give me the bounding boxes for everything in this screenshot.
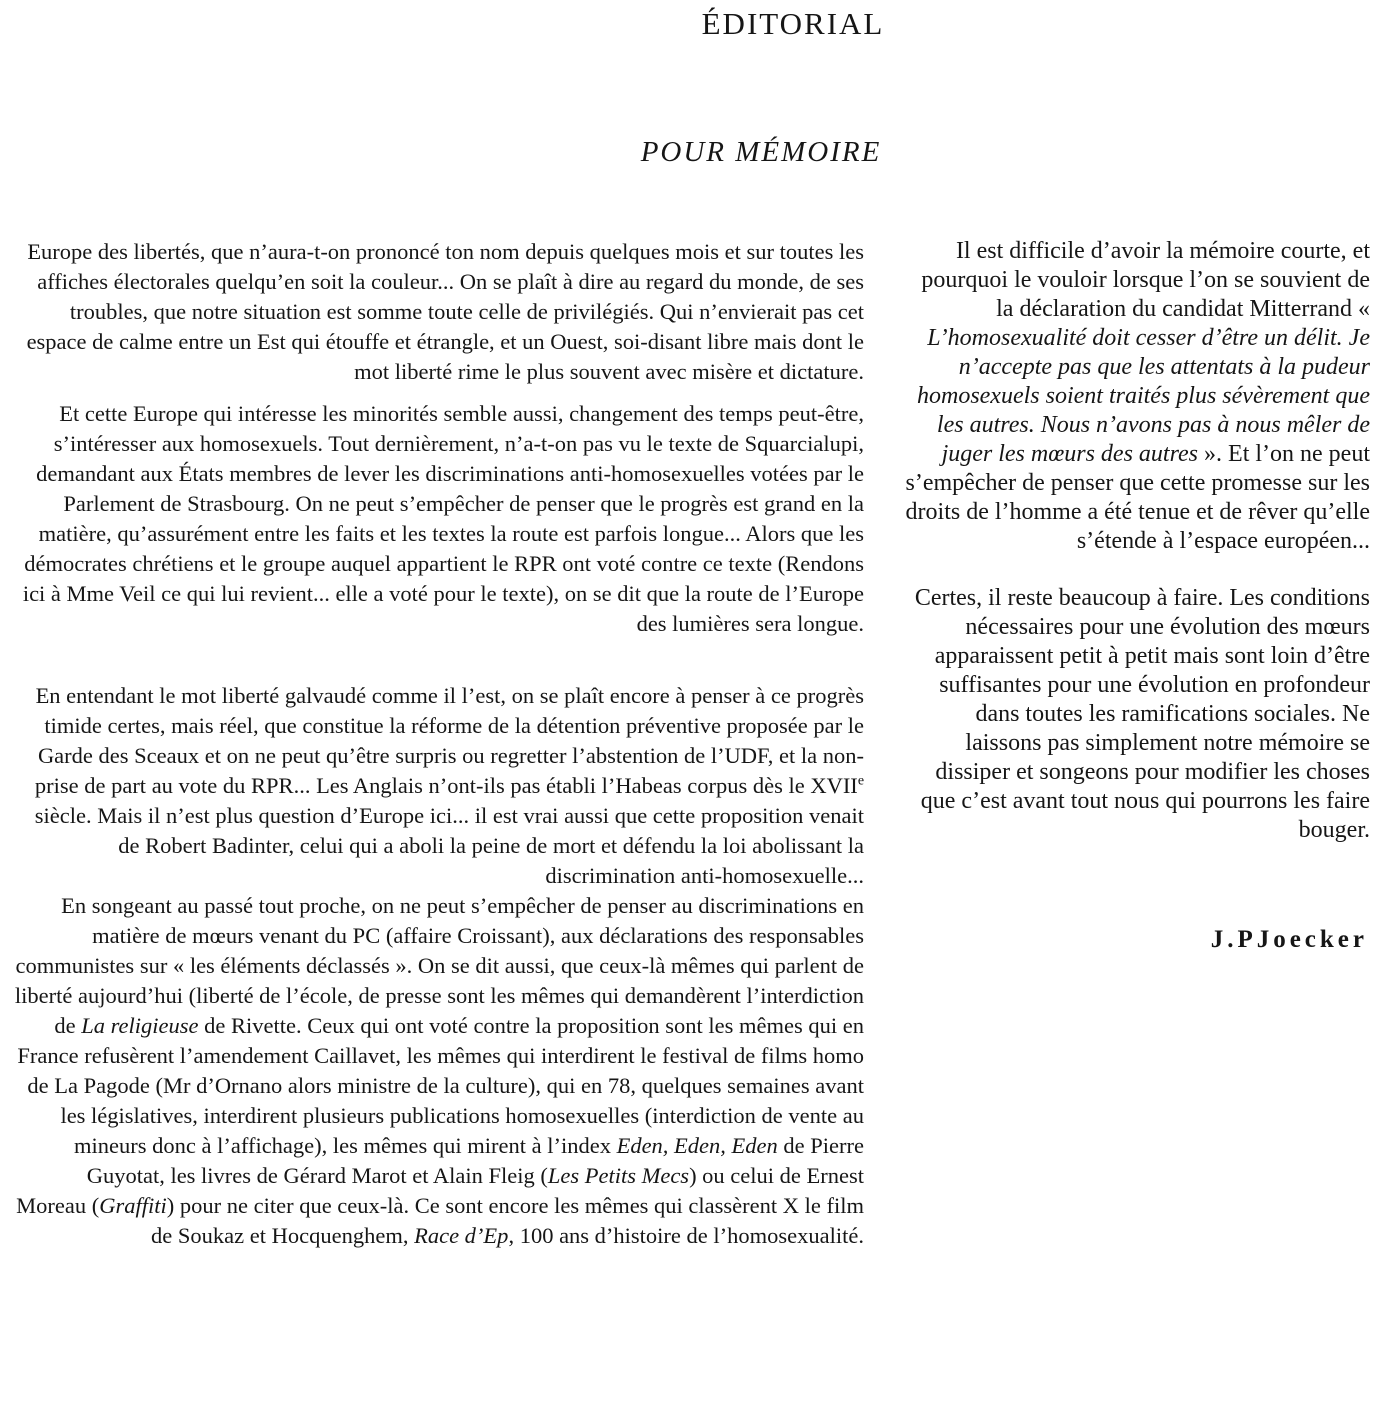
text-run: En entendant le mot liberté galvaudé com…	[35, 683, 864, 798]
author-signature: J.PJoecker	[900, 925, 1370, 954]
right-column-text: Il est difficile d’avoir la mémoire cour…	[900, 237, 1370, 845]
paragraph: Certes, il reste beaucoup à faire. Les c…	[900, 584, 1370, 845]
text-run: Il est difficile d’avoir la mémoire cour…	[921, 238, 1370, 322]
text-run: La religieuse	[81, 1013, 198, 1038]
text-run: siècle. Mais il n’est plus question d’Eu…	[35, 803, 864, 888]
text-run: e	[858, 774, 864, 789]
page-title: ÉDITORIAL	[104, 6, 1378, 42]
text-run: Graffiti	[99, 1193, 167, 1218]
left-column: Europe des libertés, que n’aura-t-on pro…	[14, 237, 864, 1251]
text-run: Et cette Europe qui intéresse les minori…	[23, 401, 864, 636]
text-run: Certes, il reste beaucoup à faire. Les c…	[915, 585, 1370, 843]
paragraph: En songeant au passé tout proche, on ne …	[14, 891, 864, 1251]
text-run: Race d’Ep	[414, 1223, 508, 1248]
text-run: Eden, Eden, Eden	[617, 1133, 778, 1158]
right-column: Il est difficile d’avoir la mémoire cour…	[900, 237, 1370, 954]
paragraph: Europe des libertés, que n’aura-t-on pro…	[14, 237, 864, 387]
paragraph: Et cette Europe qui intéresse les minori…	[14, 399, 864, 639]
page-subtitle: POUR MÉMOIRE	[72, 136, 1378, 169]
text-run: , 100 ans d’histoire de l’homosexualité.	[508, 1223, 864, 1248]
paragraph: Il est difficile d’avoir la mémoire cour…	[900, 237, 1370, 556]
text-run: Europe des libertés, que n’aura-t-on pro…	[27, 239, 864, 384]
paragraph: En entendant le mot liberté galvaudé com…	[14, 681, 864, 891]
editorial-page: ÉDITORIAL POUR MÉMOIRE Europe des libert…	[0, 0, 1378, 1411]
text-run: Les Petits Mecs	[548, 1163, 689, 1188]
article-columns: Europe des libertés, que n’aura-t-on pro…	[0, 237, 1378, 1251]
masthead: ÉDITORIAL POUR MÉMOIRE	[0, 0, 1378, 169]
